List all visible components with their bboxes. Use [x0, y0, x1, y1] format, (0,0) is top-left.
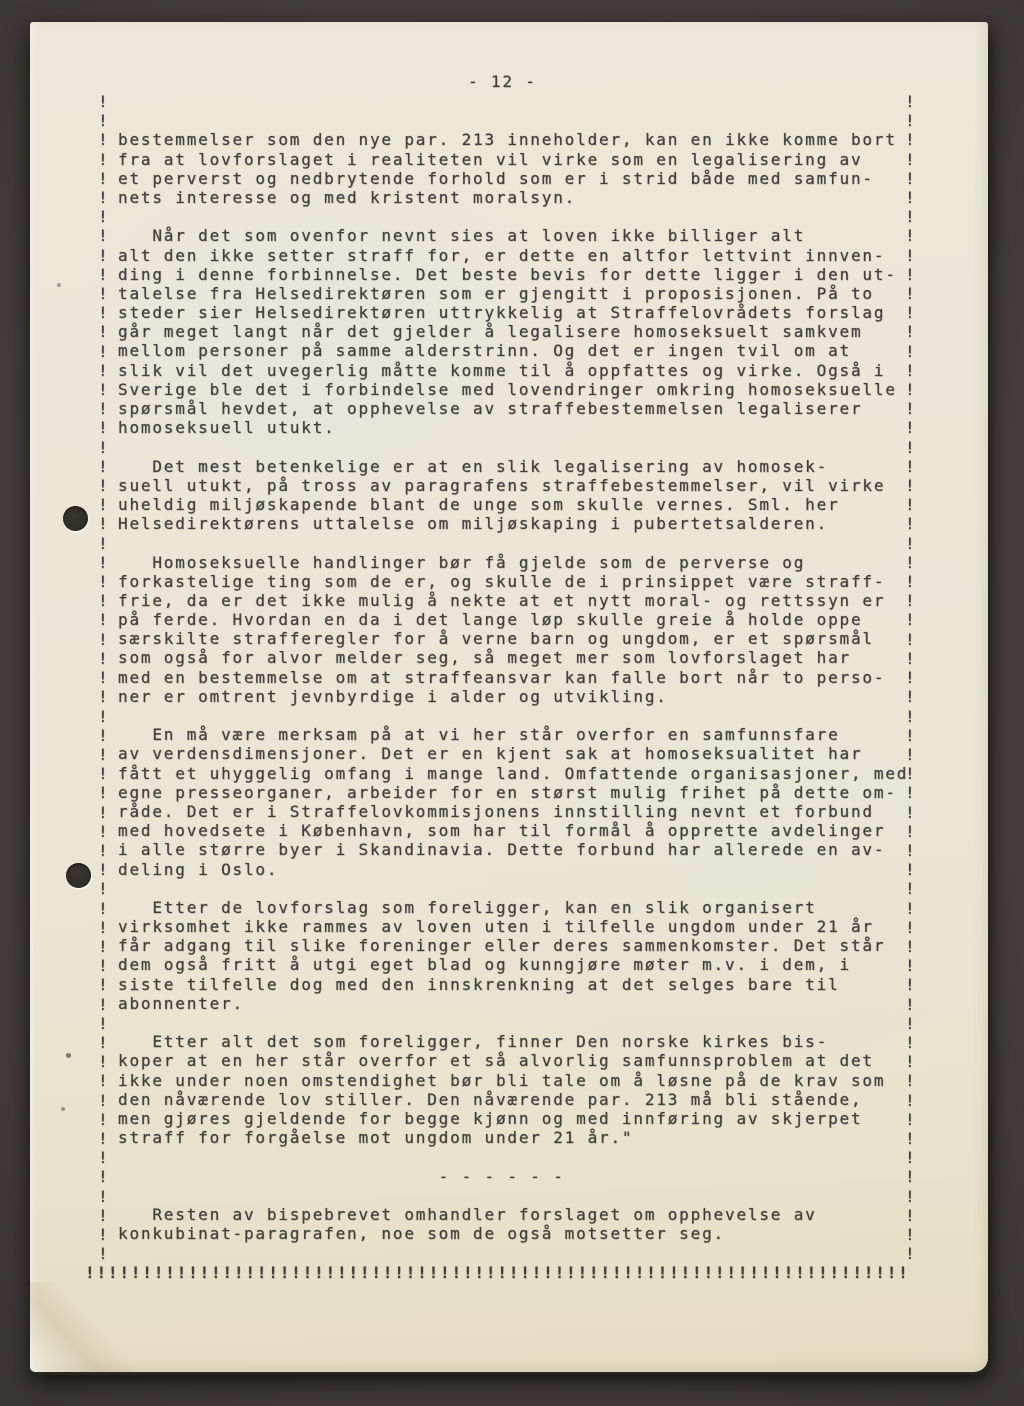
typed-line: et perverst og nedbrytende forhold som e… [118, 169, 908, 188]
typed-line [118, 879, 908, 898]
ink-speck [57, 283, 61, 287]
typed-line [118, 1013, 908, 1032]
typed-line: ner er omtrent jevnbyrdige i alder og ut… [118, 687, 908, 706]
typed-line [118, 1243, 908, 1262]
typed-line: på ferde. Hvordan en da i det lange løp … [118, 610, 908, 629]
typed-line: konkubinat-paragrafen, noe som de også m… [118, 1224, 908, 1243]
typed-line: bestemmelser som den nye par. 213 inneho… [118, 130, 908, 149]
typed-line: En må være merksam på at vi her står ove… [118, 725, 908, 744]
bottom-border-exclamations: !!!!!!!!!!!!!!!!!!!!!!!!!!!!!!!!!!!!!!!!… [85, 1263, 910, 1282]
ink-speck [66, 1053, 71, 1058]
typed-line: går meget langt når det gjelder å legali… [118, 322, 908, 341]
typed-line: av verdensdimensjoner. Det er en kjent s… [118, 744, 908, 763]
typed-line: særskilte strafferegler for å verne barn… [118, 629, 908, 648]
typed-line [118, 1186, 908, 1205]
typed-line: spørsmål hevdet, at opphevelse av straff… [118, 399, 908, 418]
typed-line: ikke under noen omstendighet bør bli tal… [118, 1071, 908, 1090]
typed-line: fått et uhyggelig omfang i mange land. O… [118, 764, 908, 783]
typed-line: Resten av bispebrevet omhandler forslage… [118, 1205, 908, 1224]
typed-line: slik vil det uvegerlig måtte komme til å… [118, 361, 908, 380]
typed-line: ding i denne forbinnelse. Det beste bevi… [118, 265, 908, 284]
typed-line: den nåværende lov stiller. Den nåværende… [118, 1090, 908, 1109]
typed-line [118, 92, 908, 111]
typed-line: homoseksuell utukt. [118, 418, 908, 437]
typed-line: - - - - - - [118, 1167, 908, 1186]
typed-line: med hovedsete i København, som har til f… [118, 821, 908, 840]
typed-line: forkastelige ting som de er, og skulle d… [118, 572, 908, 591]
typed-line: suell utukt, på tross av paragrafens str… [118, 476, 908, 495]
typed-line [118, 207, 908, 226]
typed-line: Når det som ovenfor nevnt sies at loven … [118, 226, 908, 245]
typed-line: steder sier Helsedirektøren uttrykkelig … [118, 303, 908, 322]
typed-line: Etter alt det som foreligger, finner Den… [118, 1032, 908, 1051]
scan-background: - 12 - ! ! ! ! ! ! ! ! ! ! ! ! ! ! ! ! !… [0, 0, 1024, 1406]
punch-hole-top [63, 506, 88, 531]
typed-line: abonnenter. [118, 994, 908, 1013]
typed-line: virksomhet ikke rammes av loven uten i t… [118, 917, 908, 936]
typed-line: talelse fra Helsedirektøren som er gjeng… [118, 284, 908, 303]
left-border-exclamations: ! ! ! ! ! ! ! ! ! ! ! ! ! ! ! ! ! ! ! ! … [98, 92, 109, 1263]
typed-line: men gjøres gjeldende for begge kjønn og … [118, 1109, 908, 1128]
typed-line: Sverige ble det i forbindelse med lovend… [118, 380, 908, 399]
typed-line: dem også fritt å utgi eget blad og kunng… [118, 955, 908, 974]
typed-line: får adgang til slike foreninger eller de… [118, 936, 908, 955]
typed-line: uheldig miljøskapende blant de unge som … [118, 495, 908, 514]
typed-line: deling i Oslo. [118, 860, 908, 879]
typed-line [118, 1147, 908, 1166]
typed-line: som også for alvor melder seg, så meget … [118, 648, 908, 667]
typed-line: siste tilfelle dog med den innskrenkning… [118, 975, 908, 994]
body-text: bestemmelser som den nye par. 213 inneho… [118, 92, 908, 1262]
typed-line: Det mest betenkelige er at en slik legal… [118, 457, 908, 476]
document-page: - 12 - ! ! ! ! ! ! ! ! ! ! ! ! ! ! ! ! !… [30, 22, 988, 1372]
typed-line: straff for forgåelse mot ungdom under 21… [118, 1128, 908, 1147]
typed-line: fra at lovforslaget i realiteten vil vir… [118, 150, 908, 169]
typed-line: mellom personer på samme alderstrinn. Og… [118, 341, 908, 360]
typed-line: Homoseksuelle handlinger bør få gjelde s… [118, 553, 908, 572]
typed-line [118, 437, 908, 456]
typed-line: alt den ikke setter straff for, er dette… [118, 246, 908, 265]
punch-hole-bottom [66, 863, 91, 888]
page-number: - 12 - [468, 72, 537, 91]
typed-line [118, 533, 908, 552]
typed-line: frie, da er det ikke mulig å nekte at et… [118, 591, 908, 610]
typed-line [118, 706, 908, 725]
typed-line: koper at en her står overfor et så alvor… [118, 1051, 908, 1070]
typed-line: nets interesse og med kristent moralsyn. [118, 188, 908, 207]
typed-line: Etter de lovforslag som foreligger, kan … [118, 898, 908, 917]
typed-line: Helsedirektørens uttalelse om miljøskapi… [118, 514, 908, 533]
typed-line: med en bestemmelse om at straffeansvar k… [118, 668, 908, 687]
typed-line: egne presseorganer, arbeider for en stør… [118, 783, 908, 802]
typed-line: i alle større byer i Skandinavia. Dette … [118, 840, 908, 859]
typed-line: råde. Det er i Straffelovkommisjonens in… [118, 802, 908, 821]
typed-line [118, 111, 908, 130]
ink-speck [61, 1107, 65, 1111]
